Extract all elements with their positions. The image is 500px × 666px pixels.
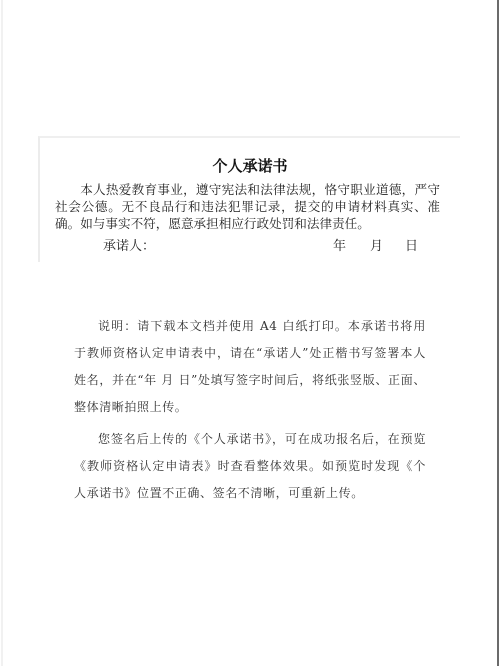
instructions-paragraph: 说明：请下载本文档并使用 A4 白纸打印。本承诺书将用于教师资格认定申请表中，请… bbox=[74, 313, 426, 421]
signer-label: 承诺人： bbox=[103, 235, 155, 254]
pledge-body: 本人热爱教育事业，遵守宪法和法律法规，恪守职业道德，严守社会公德。无不良品行和违… bbox=[55, 181, 440, 232]
page-left-edge bbox=[1, 0, 3, 666]
pledge-title: 个人承诺书 bbox=[40, 155, 460, 176]
pledge-document: 个人承诺书 本人热爱教育事业，遵守宪法和法律法规，恪守职业道德，严守社会公德。无… bbox=[38, 136, 460, 262]
page-right-edge bbox=[497, 0, 499, 666]
date-year-label: 年 bbox=[333, 235, 346, 254]
preview-note-paragraph: 您签名后上传的《个人承诺书》，可在成功报名后，在预览《教师资格认定申请表》时查看… bbox=[74, 426, 426, 507]
date-month-label: 月 bbox=[370, 235, 383, 254]
date-day-label: 日 bbox=[405, 235, 418, 254]
